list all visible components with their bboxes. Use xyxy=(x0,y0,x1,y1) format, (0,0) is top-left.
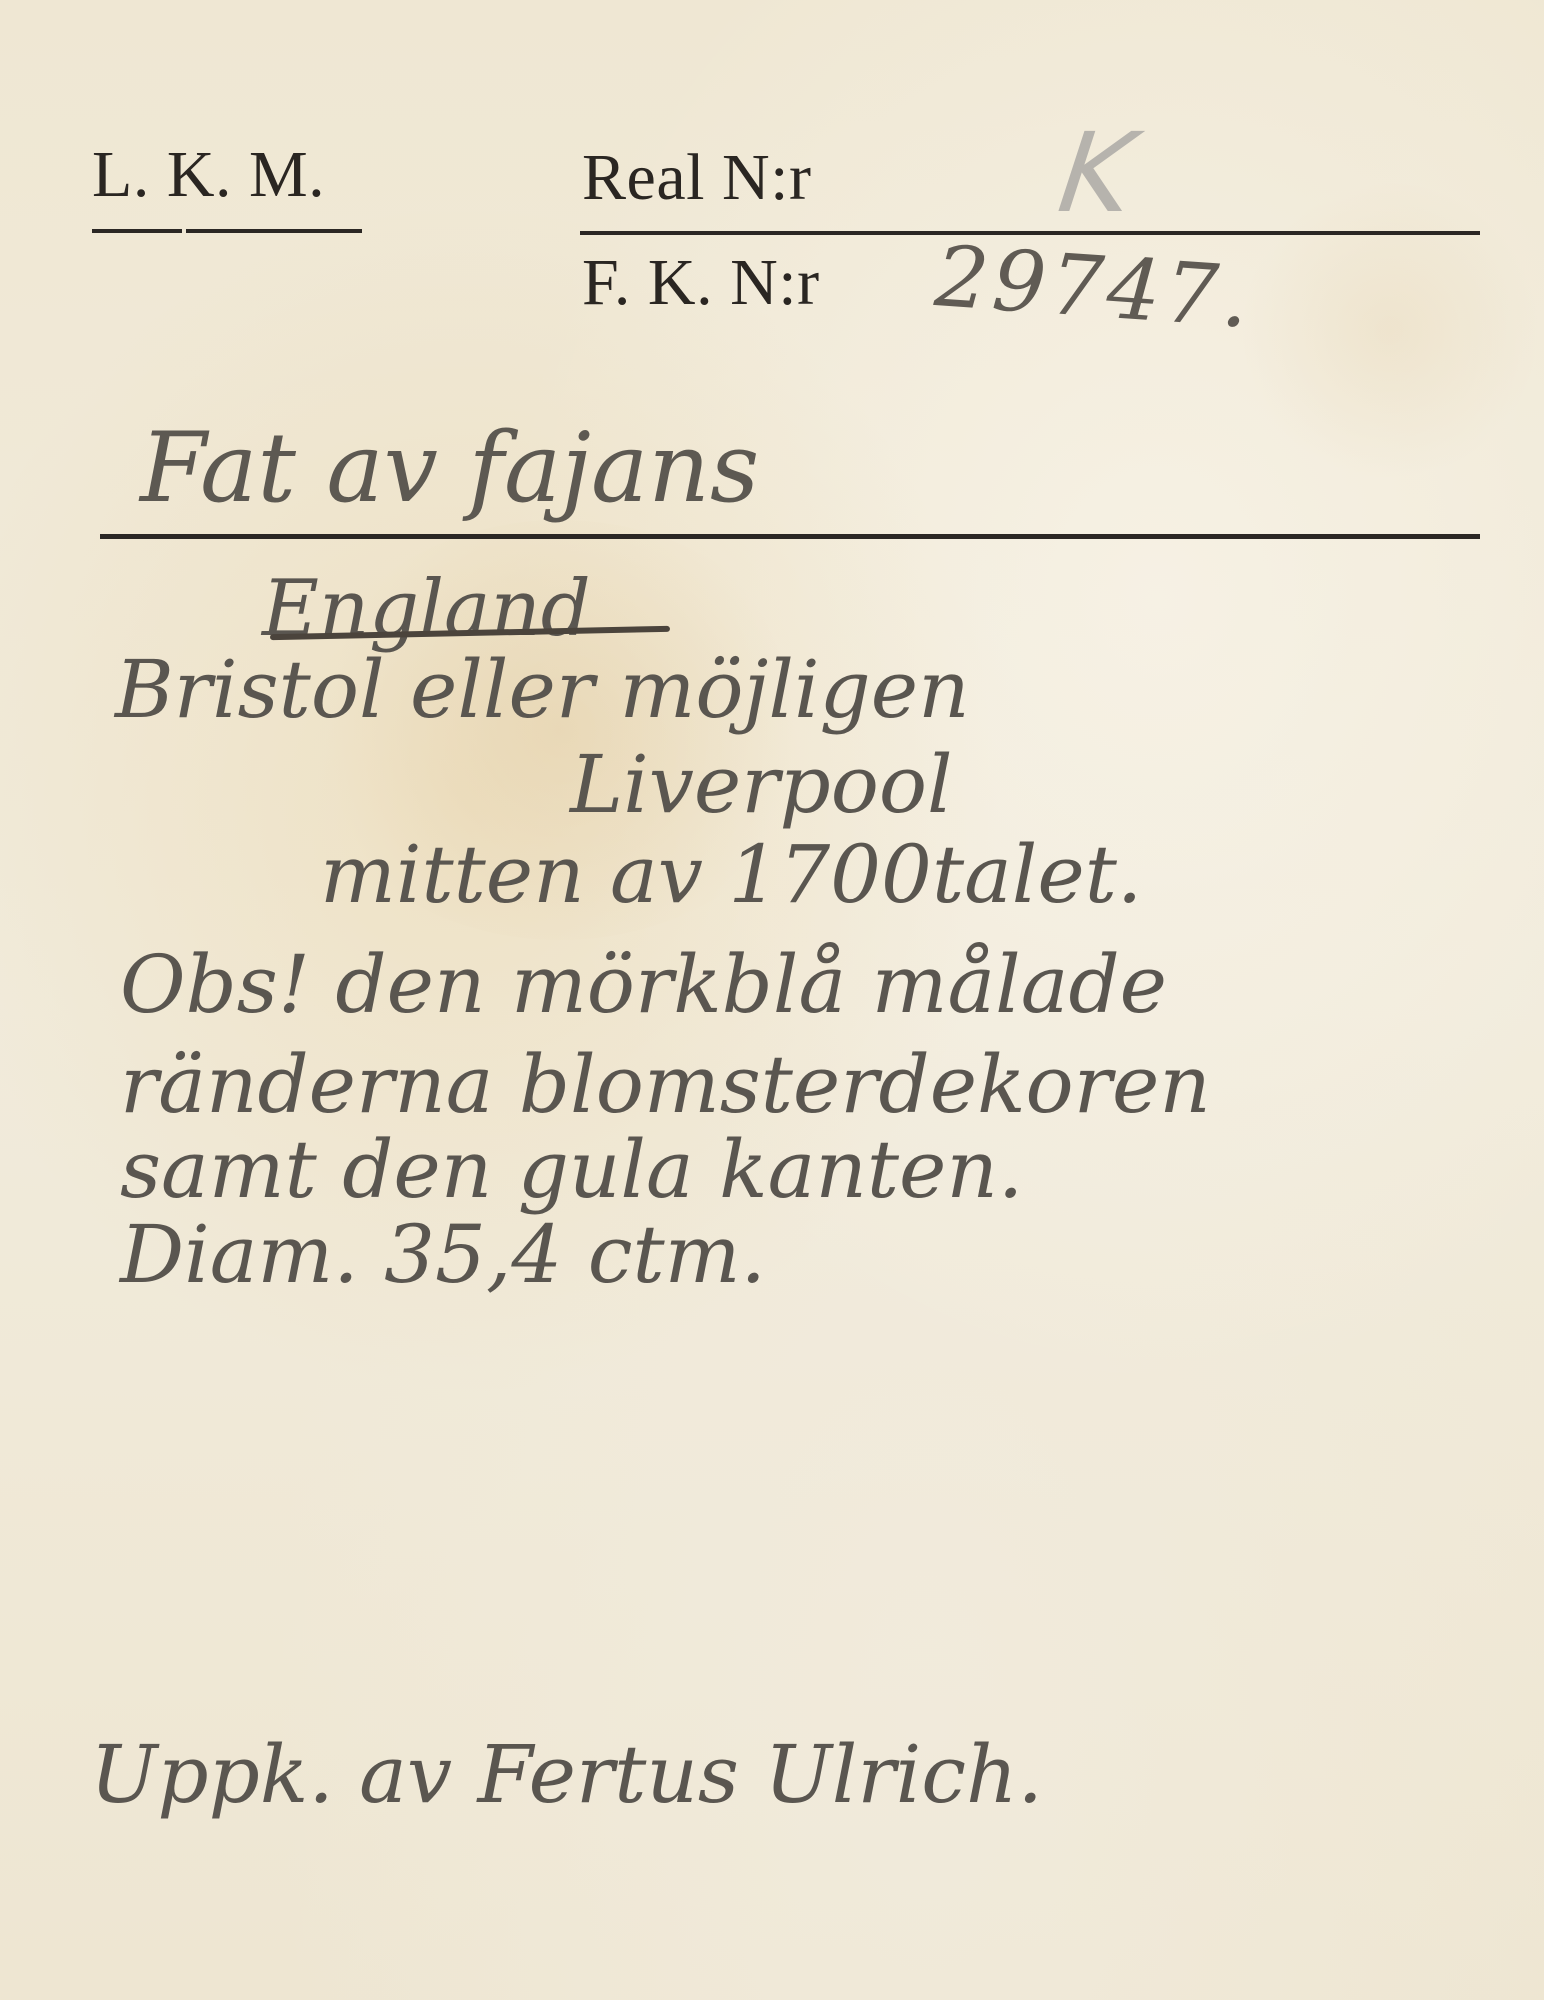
fk-nr-value: 29747. xyxy=(932,234,1255,340)
catalog-card: L. K. M. Real N:r K F. K. N:r 29747. Fat… xyxy=(0,0,1544,2000)
diameter: Diam. 35,4 ctm. xyxy=(120,1215,766,1295)
real-nr-value: K xyxy=(1042,118,1150,228)
dating: mitten av 1700talet. xyxy=(320,835,1142,915)
note-line-1: Obs! den mörkblå målade xyxy=(120,945,1167,1025)
paper-stain xyxy=(1240,180,1540,480)
real-nr-label: Real N:r xyxy=(582,145,811,211)
acquisition-note: Uppk. av Fertus Ulrich. xyxy=(90,1735,1043,1815)
object-title: Fat av fajans xyxy=(140,420,759,516)
origin-place: Bristol eller möjligen xyxy=(115,650,970,730)
origin-place-alt: Liverpool xyxy=(570,745,953,825)
title-rule xyxy=(100,534,1480,539)
note-line-3: samt den gula kanten. xyxy=(120,1130,1023,1210)
institution-label: L. K. M. xyxy=(92,142,325,208)
fk-nr-label: F. K. N:r xyxy=(582,250,820,316)
institution-underline xyxy=(186,229,362,233)
institution-underline xyxy=(92,229,182,233)
note-line-2: ränderna blomsterdekoren xyxy=(120,1045,1211,1125)
